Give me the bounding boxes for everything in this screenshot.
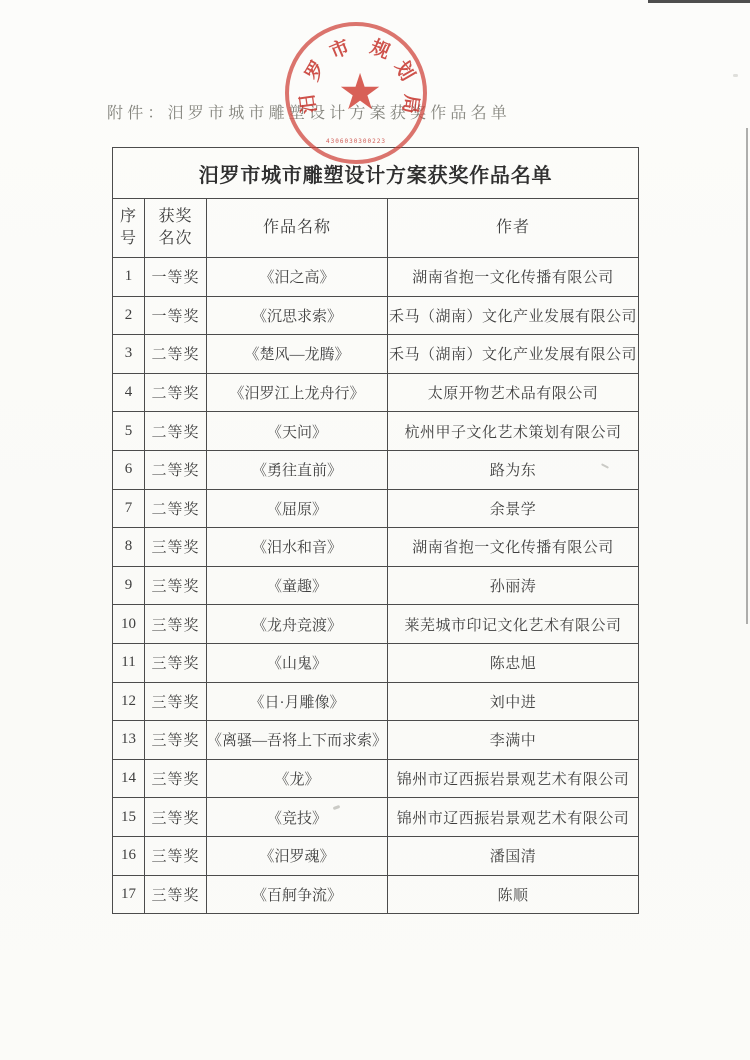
seal-character: 市	[328, 38, 353, 63]
cell-rank: 三等奖	[145, 798, 207, 837]
column-header-work: 作品名称	[207, 199, 388, 258]
cell-author: 余景学	[388, 489, 639, 528]
cell-no: 13	[113, 721, 145, 760]
cell-no: 17	[113, 875, 145, 914]
cell-rank: 二等奖	[145, 412, 207, 451]
table-row: 7 二等奖 《屈原》 余景学	[113, 489, 639, 528]
cell-no: 11	[113, 643, 145, 682]
cell-author: 杭州甲子文化艺术策划有限公司	[388, 412, 639, 451]
cell-rank: 三等奖	[145, 528, 207, 567]
cell-author: 湖南省抱一文化传播有限公司	[388, 528, 639, 567]
cell-work: 《龙》	[207, 759, 388, 798]
table-row: 17 三等奖 《百舸争流》 陈顺	[113, 875, 639, 914]
cell-author: 湖南省抱一文化传播有限公司	[388, 258, 639, 297]
cell-author: 禾马（湖南）文化产业发展有限公司	[388, 335, 639, 374]
cell-work: 《屈原》	[207, 489, 388, 528]
table-row: 5 二等奖 《天问》 杭州甲子文化艺术策划有限公司	[113, 412, 639, 451]
seal-character: 罗	[303, 58, 329, 84]
cell-no: 16	[113, 836, 145, 875]
table-title: 汨罗市城市雕塑设计方案获奖作品名单	[113, 148, 639, 199]
table-row: 9 三等奖 《童趣》 孙丽涛	[113, 566, 639, 605]
cell-no: 14	[113, 759, 145, 798]
table-title-row: 汨罗市城市雕塑设计方案获奖作品名单	[113, 148, 639, 199]
official-seal: 汨 罗 市 规 划 局 ★ 4306030300223	[285, 22, 427, 164]
cell-rank: 二等奖	[145, 373, 207, 412]
cell-work: 《天问》	[207, 412, 388, 451]
cell-rank: 三等奖	[145, 759, 207, 798]
scanned-document-page: { "page": { "attachment_line": "附件：汨罗市城市…	[0, 0, 750, 1060]
cell-work: 《沉思求索》	[207, 296, 388, 335]
table-header-row: 序 号 获奖 名次 作品名称 作者	[113, 199, 639, 258]
cell-work: 《楚风—龙腾》	[207, 335, 388, 374]
cell-work: 《竞技》	[207, 798, 388, 837]
table-row: 11 三等奖 《山鬼》 陈忠旭	[113, 643, 639, 682]
cell-no: 5	[113, 412, 145, 451]
cell-work: 《汨罗江上龙舟行》	[207, 373, 388, 412]
cell-no: 8	[113, 528, 145, 567]
cell-work: 《百舸争流》	[207, 875, 388, 914]
cell-author: 刘中进	[388, 682, 639, 721]
cell-no: 12	[113, 682, 145, 721]
table-row: 16 三等奖 《汨罗魂》 潘国清	[113, 836, 639, 875]
cell-no: 7	[113, 489, 145, 528]
cell-author: 莱芜城市印记文化艺术有限公司	[388, 605, 639, 644]
cell-no: 10	[113, 605, 145, 644]
cell-work: 《童趣》	[207, 566, 388, 605]
table-row: 2 一等奖 《沉思求索》 禾马（湖南）文化产业发展有限公司	[113, 296, 639, 335]
cell-rank: 三等奖	[145, 836, 207, 875]
cell-no: 9	[113, 566, 145, 605]
cell-rank: 三等奖	[145, 566, 207, 605]
cell-work: 《离骚—吾将上下而求索》	[207, 721, 388, 760]
cell-rank: 一等奖	[145, 296, 207, 335]
column-header-author: 作者	[388, 199, 639, 258]
cell-rank: 二等奖	[145, 489, 207, 528]
cell-no: 1	[113, 258, 145, 297]
scan-speck	[733, 74, 738, 77]
cell-rank: 一等奖	[145, 258, 207, 297]
seal-character: 划	[391, 58, 417, 84]
cell-no: 2	[113, 296, 145, 335]
scan-edge-top	[648, 0, 750, 3]
cell-author: 锦州市辽西振岩景观艺术有限公司	[388, 759, 639, 798]
table-row: 12 三等奖 《日·月雕像》 刘中进	[113, 682, 639, 721]
table-row: 3 二等奖 《楚风—龙腾》 禾马（湖南）文化产业发展有限公司	[113, 335, 639, 374]
seal-character: 规	[368, 38, 393, 63]
cell-no: 4	[113, 373, 145, 412]
column-header-no: 序 号	[113, 199, 145, 258]
cell-no: 15	[113, 798, 145, 837]
cell-author: 路为东	[388, 450, 639, 489]
cell-author: 李满中	[388, 721, 639, 760]
cell-work: 《山鬼》	[207, 643, 388, 682]
cell-author: 锦州市辽西振岩景观艺术有限公司	[388, 798, 639, 837]
cell-author: 潘国清	[388, 836, 639, 875]
cell-work: 《勇往直前》	[207, 450, 388, 489]
scan-edge-right	[746, 128, 748, 624]
cell-author: 禾马（湖南）文化产业发展有限公司	[388, 296, 639, 335]
cell-rank: 二等奖	[145, 335, 207, 374]
cell-work: 《汨水和音》	[207, 528, 388, 567]
table-row: 6 二等奖 《勇往直前》 路为东	[113, 450, 639, 489]
cell-author: 陈顺	[388, 875, 639, 914]
cell-work: 《日·月雕像》	[207, 682, 388, 721]
table-row: 1 一等奖 《汨之高》 湖南省抱一文化传播有限公司	[113, 258, 639, 297]
column-header-rank: 获奖 名次	[145, 199, 207, 258]
cell-author: 孙丽涛	[388, 566, 639, 605]
attachment-caption: 附件：汨罗市城市雕塑设计方案获奖作品名单	[107, 100, 511, 123]
cell-rank: 二等奖	[145, 450, 207, 489]
cell-work: 《汨罗魂》	[207, 836, 388, 875]
cell-rank: 三等奖	[145, 682, 207, 721]
awards-table: 汨罗市城市雕塑设计方案获奖作品名单 序 号 获奖 名次 作品名称 作者 1 一等…	[112, 147, 639, 914]
table-row: 13 三等奖 《离骚—吾将上下而求索》 李满中	[113, 721, 639, 760]
cell-no: 6	[113, 450, 145, 489]
cell-no: 3	[113, 335, 145, 374]
table-row: 15 三等奖 《竞技》 锦州市辽西振岩景观艺术有限公司	[113, 798, 639, 837]
cell-work: 《汨之高》	[207, 258, 388, 297]
table-row: 4 二等奖 《汨罗江上龙舟行》 太原开物艺术品有限公司	[113, 373, 639, 412]
seal-serial-number: 4306030300223	[326, 138, 386, 145]
table-row: 14 三等奖 《龙》 锦州市辽西振岩景观艺术有限公司	[113, 759, 639, 798]
cell-work: 《龙舟竞渡》	[207, 605, 388, 644]
cell-rank: 三等奖	[145, 721, 207, 760]
cell-rank: 三等奖	[145, 605, 207, 644]
cell-author: 陈忠旭	[388, 643, 639, 682]
cell-rank: 三等奖	[145, 643, 207, 682]
cell-author: 太原开物艺术品有限公司	[388, 373, 639, 412]
table-row: 8 三等奖 《汨水和音》 湖南省抱一文化传播有限公司	[113, 528, 639, 567]
cell-rank: 三等奖	[145, 875, 207, 914]
table-row: 10 三等奖 《龙舟竞渡》 莱芜城市印记文化艺术有限公司	[113, 605, 639, 644]
